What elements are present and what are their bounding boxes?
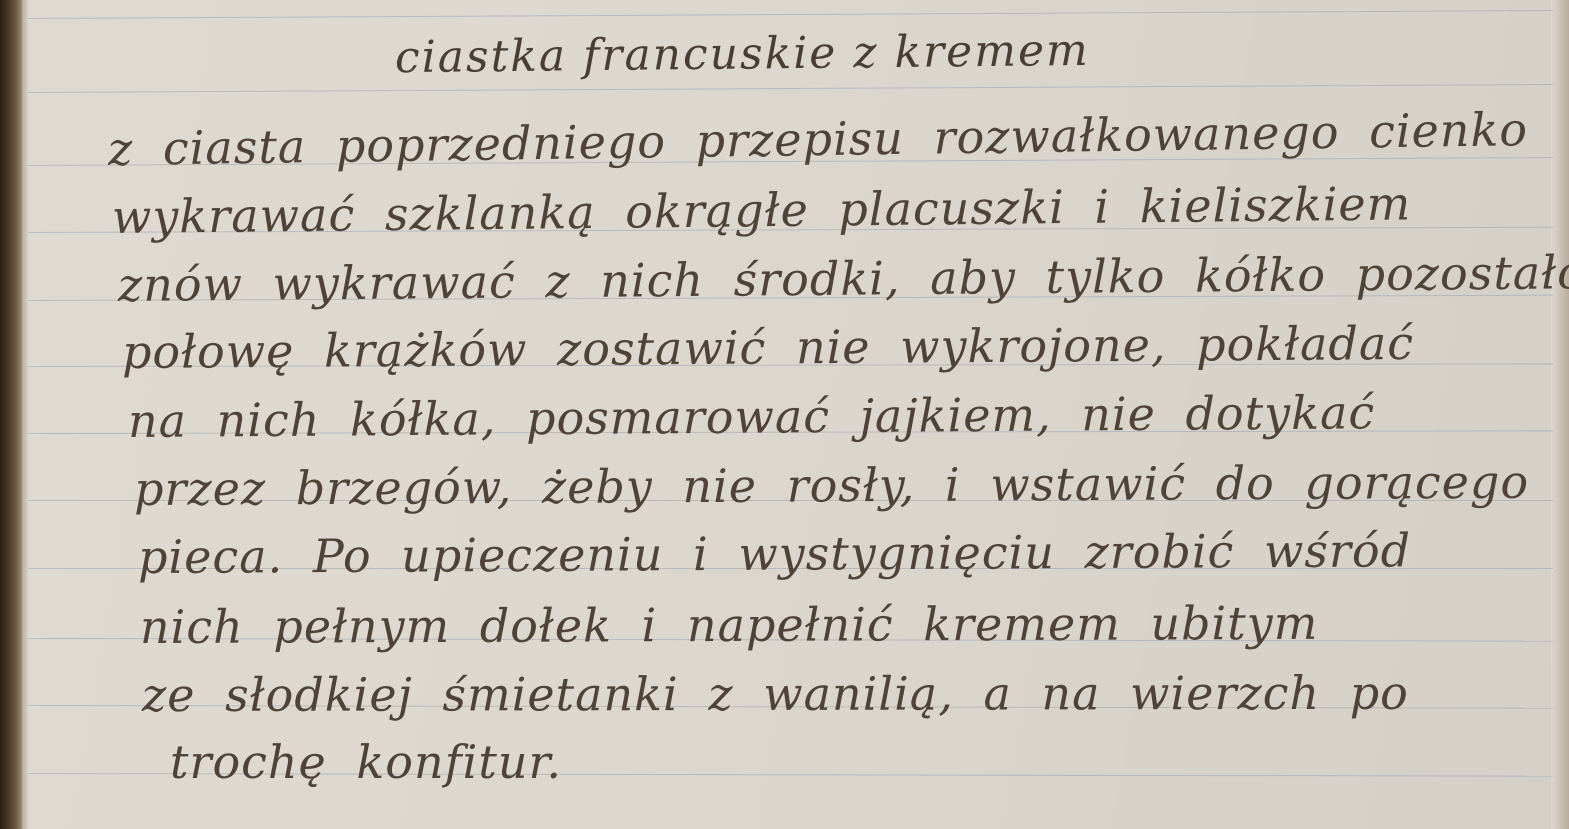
recipe-title: ciastka francuskie z kremem — [395, 24, 1195, 83]
text-line-9: ze słodkiej śmietanki z wanilią, a na wi… — [142, 666, 1409, 722]
page-right-edge — [1551, 0, 1569, 829]
text-line-1: z ciasta poprzedniego przepisu rozwałkow… — [108, 102, 1529, 176]
text-line-6: przez brzegów, żeby nie rosły, i wstawić… — [134, 455, 1529, 516]
text-line-2: wykrawać szklanką okrągłe placuszki i ki… — [112, 176, 1412, 244]
text-line-5: na nich kółka, posmarować jajkiem, nie d… — [128, 385, 1376, 448]
text-line-8: nich pełnym dołek i napełnić kremem ubit… — [140, 596, 1318, 654]
notebook-page: ciastka francuskie z kremem z ciasta pop… — [0, 0, 1569, 829]
notebook-binding — [0, 0, 22, 829]
ruled-line — [28, 84, 1553, 93]
text-line-3: znów wykrawać z nich środki, aby tylko k… — [118, 245, 1569, 312]
text-line-10: trochę konfitur. — [170, 735, 562, 789]
ruled-line — [28, 10, 1553, 19]
text-line-7: pieca. Po upieczeniu i wystygnięciu zrob… — [138, 523, 1411, 584]
text-line-4: połowę krążków zostawić nie wykrojone, p… — [122, 316, 1414, 379]
